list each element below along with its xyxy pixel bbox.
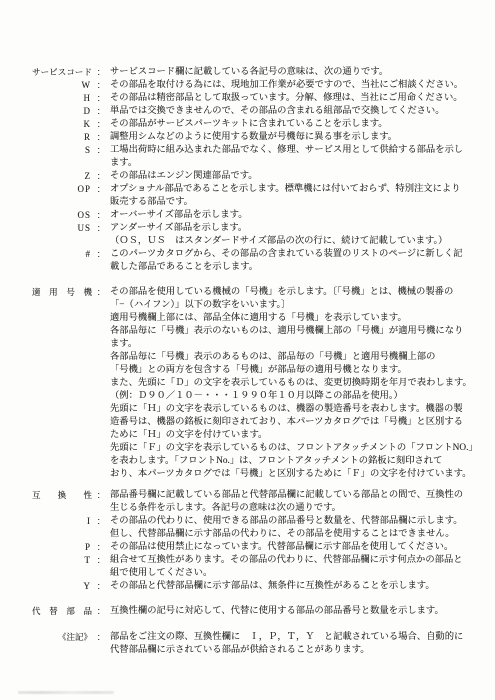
text-row: ます。 — [32, 338, 495, 351]
text-row: 互換性 ： 部品番号欄に記載している部品と代替部品欄に記載している部品との間で、… — [32, 489, 495, 502]
section-label-interchangeability: 互換性 — [32, 489, 92, 502]
text-row: を表わします。「フロントNo.」は、フロントアタッチメントの銘板に刻印されて — [32, 455, 495, 468]
body-line: ます。 — [110, 157, 495, 170]
text-row: T ： 組合せて互換性があります。その部品の代わりに、代替部品欄に示す何点かの部… — [32, 554, 495, 567]
text-row: おり、本パーツカタログでは「号機」と区別するために「Ｆ」の文字を付けています。 — [32, 468, 495, 481]
code-t-cell: T — [32, 554, 92, 567]
text-row: 販売する部品です。 — [32, 196, 495, 209]
body-line: ために「Ｈ」の文字を付けています。 — [110, 429, 495, 442]
text-row: K ： その部品がサービスパーツキットに含まれていることを示します。 — [32, 118, 495, 131]
code-us-cell: US — [32, 222, 92, 235]
text-row: OS ： オーバーサイズ部品を示します。 — [32, 209, 495, 222]
body-line: 先頭に「Ｆ」の文字を表示しているものは、フロントアタッチメントの「フロントNO.… — [110, 442, 495, 455]
text-row: 先頭に「Ｆ」の文字を表示しているものは、フロントアタッチメントの「フロントNO.… — [32, 442, 495, 455]
text-row: 代替部品欄に示されている部品が供給されることがあります。 — [32, 644, 495, 657]
text-row: # ： このパーツカタログから、その部品の含まれている装置のリストのページに新し… — [32, 248, 495, 261]
section-interchangeability: 互換性 ： 部品番号欄に記載している部品と代替部品欄に記載している部品との間で、… — [32, 489, 495, 593]
colon-separator: ： — [92, 131, 110, 144]
colon-separator: ： — [92, 580, 110, 593]
note-label: 《注記》 — [32, 631, 92, 644]
body-line: （ＯＳ，ＵＳ はスタンダードサイズ部品の次の行に、続けて記載しています。） — [110, 235, 495, 248]
body-line: 各部品毎に「号機」表示のあるものは、部品毎の「号機」と適用号機欄上部の — [110, 351, 495, 364]
colon-separator: ： — [92, 286, 110, 299]
text-row: 各部品毎に「号機」表示のあるものは、部品毎の「号機」と適用号機欄上部の — [32, 351, 495, 364]
body-line: 造番号は、機器の銘板に刻印されており、本パーツカタログでは「号機」と区別する — [110, 416, 495, 429]
body-line: 生じる条件を示します。各記号の意味は次の通りです。 — [110, 502, 495, 515]
body-line: ます。 — [110, 338, 495, 351]
section-label-substitute-parts: 代替部品 — [32, 605, 92, 618]
body-line: その部品がサービスパーツキットに含まれていることを示します。 — [110, 118, 495, 131]
body-line: 載した部品であることを示します。 — [110, 261, 495, 274]
section-applicable-serial: 適用号機 ： その部品を使用している機械の「号機」を示します。〔「号機」とは、機… — [32, 286, 495, 481]
document-page: サービスコード ： サービスコード欄に記載している各記号の意味は、次の通りです。… — [0, 0, 495, 700]
colon-separator: ： — [92, 183, 110, 196]
body-line: サービスコード欄に記載している各記号の意味は、次の通りです。 — [110, 66, 495, 79]
text-row: 但し、代替部品欄に示す部品の代わりに、その部品を使用することはできません。 — [32, 528, 495, 541]
body-line: その部品はエンジン関連部品です。 — [110, 170, 495, 183]
colon-separator: ： — [92, 554, 110, 567]
text-row: 生じる条件を示します。各記号の意味は次の通りです。 — [32, 502, 495, 515]
code-op-cell: OP — [32, 183, 92, 196]
colon-separator: ： — [92, 541, 110, 554]
colon-separator: ： — [92, 605, 110, 618]
text-row: ために「Ｈ」の文字を付けています。 — [32, 429, 495, 442]
text-row: Y ： その部品と代替部品欄に示す部品は、無条件に互換性があることを示します。 — [32, 580, 495, 593]
code-hash-cell: # — [32, 248, 92, 261]
text-row: I ： その部品の代わりに、使用できる部品の部品番号と数量を、代替部品欄に示しま… — [32, 515, 495, 528]
text-row: 《注記》 ： 部品をご注文の際、互換性欄に Ｉ，Ｐ，Ｔ，Ｙ と記載されている場合… — [32, 631, 495, 644]
text-row: D ： 単品では交換できませんので、その部品の含まれる組部品で交換してください。 — [32, 105, 495, 118]
colon-separator: ： — [92, 248, 110, 261]
code-y-cell: Y — [32, 580, 92, 593]
code-s-cell: S — [32, 144, 92, 157]
body-line: 販売する部品です。 — [110, 196, 495, 209]
body-line: を表わします。「フロントNo.」は、フロントアタッチメントの銘板に刻印されて — [110, 455, 495, 468]
body-line: 単品では交換できませんので、その部品の含まれる組部品で交換してください。 — [110, 105, 495, 118]
text-row: ます。 — [32, 157, 495, 170]
body-line: その部品は使用禁止になっています。代替部品欄に示す部品を使用してください。 — [110, 541, 495, 554]
colon-separator: ： — [92, 105, 110, 118]
text-row: （ＯＳ，ＵＳ はスタンダードサイズ部品の次の行に、続けて記載しています。） — [32, 235, 495, 248]
body-line: オプショナル部品であることを示します。標準機には付いておらず、特別注文により — [110, 183, 495, 196]
text-row: W ： その部品を取付ける為には、現地加工作業が必要ですので、当社にご相談くださ… — [32, 79, 495, 92]
text-row: R ： 調整用シムなどのように使用する数量が号機毎に異る事を示します。 — [32, 131, 495, 144]
body-line: その部品を使用している機械の「号機」を示します。〔「号機」とは、機械の製番の — [110, 286, 495, 299]
text-row: 適用号機 ： その部品を使用している機械の「号機」を示します。〔「号機」とは、機… — [32, 286, 495, 299]
colon-separator: ： — [92, 118, 110, 131]
section-label-applicable-serial: 適用号機 — [32, 286, 92, 299]
text-row: 「−（ハイフン）」以下の数字をいいます。〕 — [32, 299, 495, 312]
text-row: 各部品毎に「号機」表示のないものは、適用号機欄上部の「号機」が適用号機になり — [32, 325, 495, 338]
text-row: 造番号は、機器の銘板に刻印されており、本パーツカタログでは「号機」と区別する — [32, 416, 495, 429]
body-line: このパーツカタログから、その部品の含まれている装置のリストのページに新しく記 — [110, 248, 495, 261]
body-line: オーバーサイズ部品を示します。 — [110, 209, 495, 222]
body-line: 「−（ハイフン）」以下の数字をいいます。〕 — [110, 299, 495, 312]
text-row: S ： 工場出荷時に組み込まれた部品でなく、修理、サービス用として供給する部品を… — [32, 144, 495, 157]
colon-separator: ： — [92, 209, 110, 222]
footer-faint-print — [18, 691, 114, 694]
body-line: 代替部品欄に示されている部品が供給されることがあります。 — [110, 644, 495, 657]
text-row: また、先頭に「Ｄ」の文字を表示しているものは、変更切換時期を年月で表わします。 — [32, 377, 495, 390]
code-z-cell: Z — [32, 170, 92, 183]
body-line: 互換性欄の記号に対応して、代替に使用する部品の部品番号と数量を示します。 — [110, 605, 495, 618]
section-note: 《注記》 ： 部品をご注文の際、互換性欄に Ｉ，Ｐ，Ｔ，Ｙ と記載されている場合… — [32, 631, 495, 657]
body-line: その部品を取付ける為には、現地加工作業が必要ですので、当社にご相談ください。 — [110, 79, 495, 92]
body-line: 先頭に「Ｈ」の文字を表示しているものは、機器の製造番号を表わします。機器の製 — [110, 403, 495, 416]
text-row: Z ： その部品はエンジン関連部品です。 — [32, 170, 495, 183]
body-line: 工場出荷時に組み込まれた部品でなく、修理、サービス用として供給する部品を示し — [110, 144, 495, 157]
colon-separator: ： — [92, 79, 110, 92]
body-line: 各部品毎に「号機」表示のないものは、適用号機欄上部の「号機」が適用号機になり — [110, 325, 495, 338]
body-line: 部品をご注文の際、互換性欄に Ｉ，Ｐ，Ｔ，Ｙ と記載されている場合、自動的に — [110, 631, 495, 644]
text-row: OP ： オプショナル部品であることを示します。標準機には付いておらず、特別注文… — [32, 183, 495, 196]
colon-separator: ： — [92, 222, 110, 235]
code-os-cell: OS — [32, 209, 92, 222]
body-line: 組で使用してください。 — [110, 567, 495, 580]
text-row: 組で使用してください。 — [32, 567, 495, 580]
colon-separator: ： — [92, 515, 110, 528]
code-d-cell: D — [32, 105, 92, 118]
body-line: （例：Ｄ９０／１０－・・・１９９０年１０月以降この部品を使用。） — [110, 390, 495, 403]
section-label-service-code: サービスコード — [32, 66, 92, 79]
body-line: 組合せて互換性があります。その部品の代わりに、代替部品欄に示す何点かの部品と — [110, 554, 495, 567]
colon-separator: ： — [92, 489, 110, 502]
body-line: また、先頭に「Ｄ」の文字を表示しているものは、変更切換時期を年月で表わします。 — [110, 377, 495, 390]
text-row: H ： その部品は精密部品として取扱っています。分解、修理は、当社にご用命くださ… — [32, 92, 495, 105]
text-row: 代替部品 ： 互換性欄の記号に対応して、代替に使用する部品の部品番号と数量を示し… — [32, 605, 495, 618]
colon-separator: ： — [92, 92, 110, 105]
colon-separator: ： — [92, 66, 110, 79]
body-line: その部品は精密部品として取扱っています。分解、修理は、当社にご用命ください。 — [110, 92, 495, 105]
body-line: その部品の代わりに、使用できる部品の部品番号と数量を、代替部品欄に示します。 — [110, 515, 495, 528]
code-r-cell: R — [32, 131, 92, 144]
body-line: 但し、代替部品欄に示す部品の代わりに、その部品を使用することはできません。 — [110, 528, 495, 541]
body-line: アンダーサイズ部品を示します。 — [110, 222, 495, 235]
section-substitute-parts: 代替部品 ： 互換性欄の記号に対応して、代替に使用する部品の部品番号と数量を示し… — [32, 605, 495, 618]
colon-separator: ： — [92, 144, 110, 157]
body-line: 「号機」との両方を包含する「号機」が部品毎の適用号機となります。 — [110, 364, 495, 377]
colon-separator: ： — [92, 631, 110, 644]
code-h-cell: H — [32, 92, 92, 105]
text-row: 載した部品であることを示します。 — [32, 261, 495, 274]
text-row: 適用号機欄上部には、部品全体に適用する「号機」を表示しています。 — [32, 312, 495, 325]
body-line: 調整用シムなどのように使用する数量が号機毎に異る事を示します。 — [110, 131, 495, 144]
body-line: 部品番号欄に記載している部品と代替部品欄に記載している部品との間で、互換性の — [110, 489, 495, 502]
text-row: P ： その部品は使用禁止になっています。代替部品欄に示す部品を使用してください… — [32, 541, 495, 554]
body-line: おり、本パーツカタログでは「号機」と区別するために「Ｆ」の文字を付けています。 — [110, 468, 495, 481]
section-service-code: サービスコード ： サービスコード欄に記載している各記号の意味は、次の通りです。… — [32, 66, 495, 274]
text-row: サービスコード ： サービスコード欄に記載している各記号の意味は、次の通りです。 — [32, 66, 495, 79]
body-line: その部品と代替部品欄に示す部品は、無条件に互換性があることを示します。 — [110, 580, 495, 593]
text-row: US ： アンダーサイズ部品を示します。 — [32, 222, 495, 235]
text-row: （例：Ｄ９０／１０－・・・１９９０年１０月以降この部品を使用。） — [32, 390, 495, 403]
code-i-cell: I — [32, 515, 92, 528]
code-w-cell: W — [32, 79, 92, 92]
body-line: 適用号機欄上部には、部品全体に適用する「号機」を表示しています。 — [110, 312, 495, 325]
code-k-cell: K — [32, 118, 92, 131]
text-row: 「号機」との両方を包含する「号機」が部品毎の適用号機となります。 — [32, 364, 495, 377]
code-p-cell: P — [32, 541, 92, 554]
colon-separator: ： — [92, 170, 110, 183]
text-row: 先頭に「Ｈ」の文字を表示しているものは、機器の製造番号を表わします。機器の製 — [32, 403, 495, 416]
